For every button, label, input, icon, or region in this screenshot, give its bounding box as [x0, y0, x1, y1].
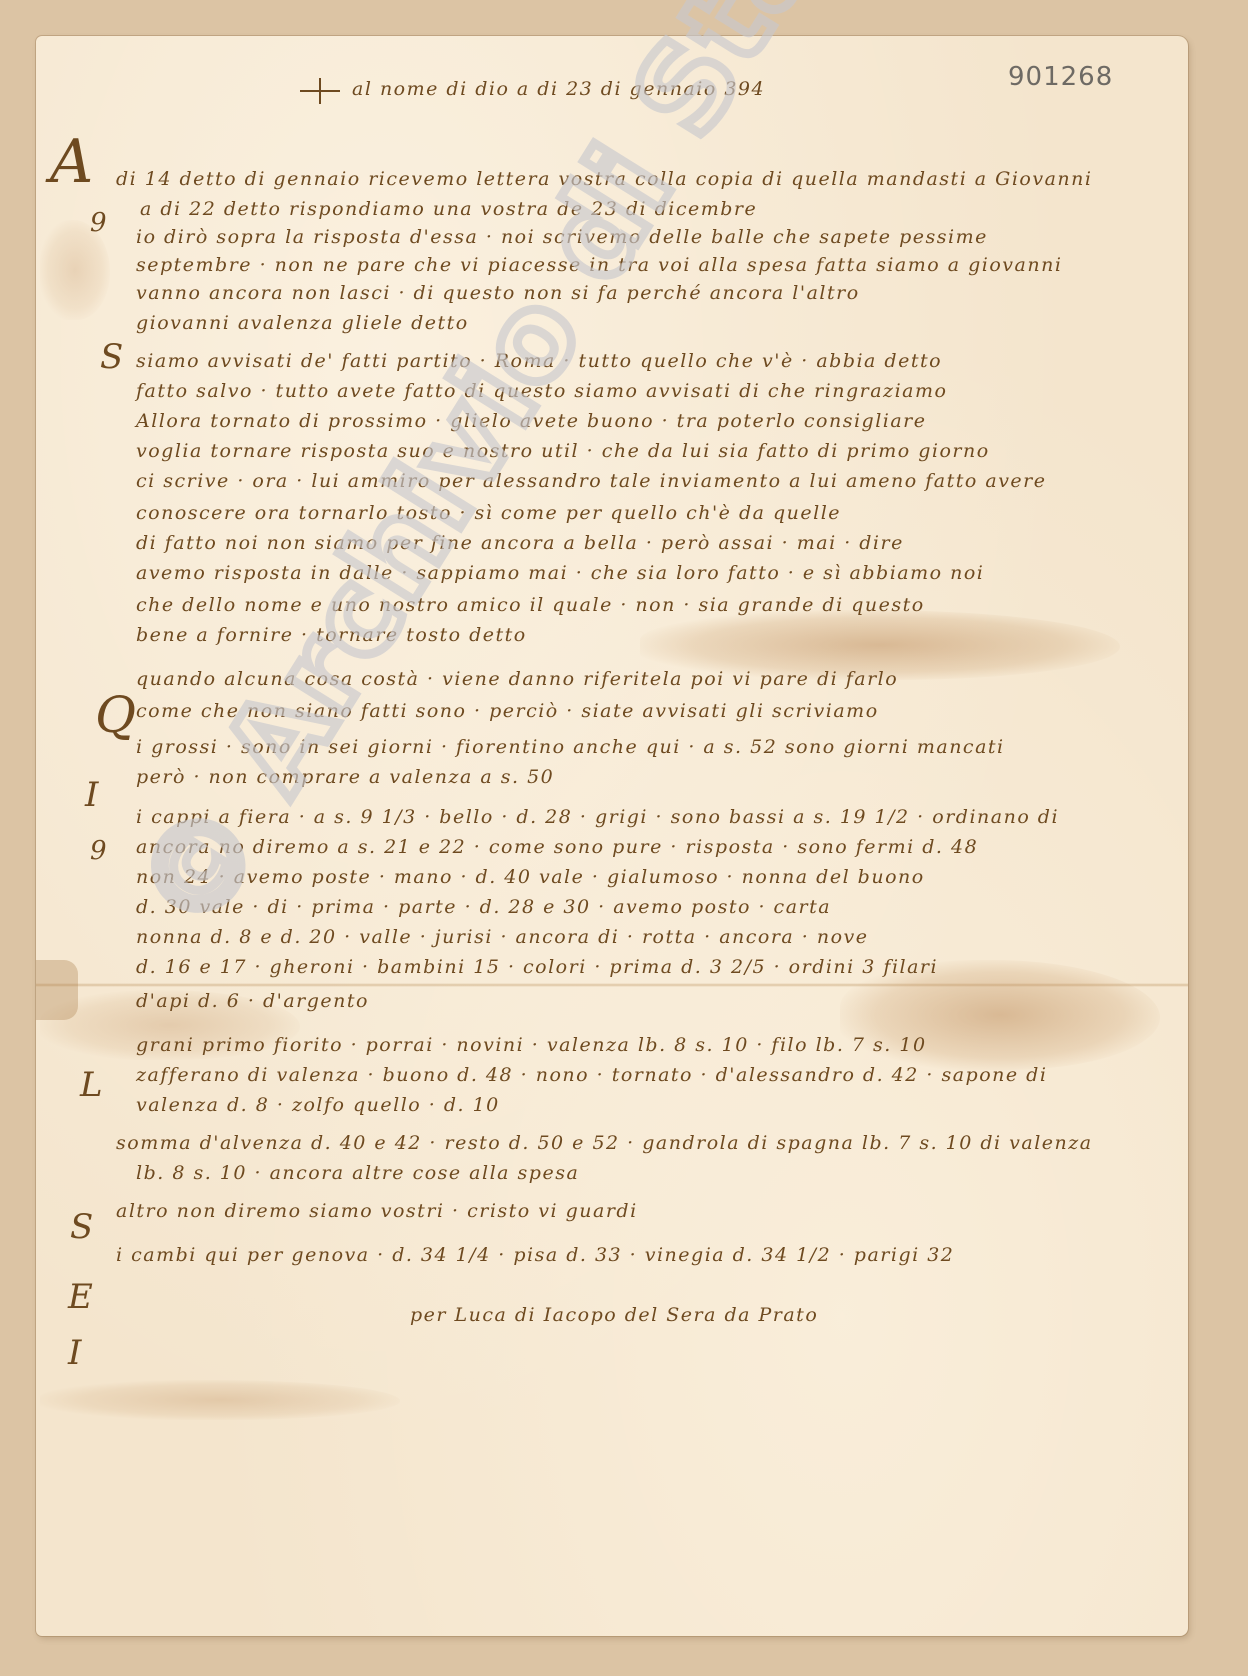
- text-line: grani primo fiorito · porrai · novini · …: [136, 1034, 927, 1056]
- text-line: vanno ancora non lasci · di questo non s…: [136, 282, 860, 304]
- text-line: però · non comprare a valenza a s. 50: [136, 766, 554, 788]
- text-line: quando alcuna cosa costà · viene danno r…: [136, 668, 898, 690]
- text-line: nonna d. 8 e d. 20 · valle · jurisi · an…: [136, 926, 869, 948]
- water-stain: [40, 1380, 400, 1420]
- text-line: avemo risposta in dalle · sappiamo mai ·…: [136, 562, 984, 584]
- text-line: ancora no diremo a s. 21 e 22 · come son…: [136, 836, 978, 858]
- initial-letter: I: [68, 1336, 81, 1370]
- text-line: somma d'alvenza d. 40 e 42 · resto d. 50…: [116, 1132, 1093, 1154]
- text-line: giovanni avalenza gliele detto: [136, 312, 469, 334]
- text-line: a di 22 detto rispondiamo una vostra de …: [140, 198, 757, 220]
- text-line: conoscere ora tornarlo tosto · sì come p…: [136, 502, 841, 524]
- invocation-line: al nome di dio a di 23 di gennaio 394: [352, 78, 765, 100]
- initial-letter: A: [50, 132, 93, 192]
- text-line: io dirò sopra la risposta d'essa · noi s…: [136, 226, 988, 248]
- text-line: fatto salvo · tutto avete fatto di quest…: [136, 380, 947, 402]
- text-line: ci scrive · ora · lui ammiro per alessan…: [136, 470, 1047, 492]
- text-line: i cappi a fiera · a s. 9 1/3 · bello · d…: [136, 806, 1059, 828]
- catalog-number: 901268: [1008, 62, 1113, 92]
- text-line: di 14 detto di gennaio ricevemo lettera …: [116, 168, 1092, 190]
- initial-letter: 9: [90, 210, 107, 236]
- text-line: valenza d. 8 · zolfo quello · d. 10: [136, 1094, 500, 1116]
- initial-letter: Q: [95, 690, 136, 740]
- text-line: d. 30 vale · di · prima · parte · d. 28 …: [136, 896, 831, 918]
- text-line: septembre · non ne pare che vi piacesse …: [136, 254, 1062, 276]
- text-line: zafferano di valenza · buono d. 48 · non…: [136, 1064, 1047, 1086]
- text-line: di fatto noi non siamo per fine ancora a…: [136, 532, 904, 554]
- text-line: Allora tornato di prossimo · glielo avet…: [136, 410, 927, 432]
- text-line: siamo avvisati de' fatti partito · Roma …: [136, 350, 942, 372]
- text-line: i grossi · sono in sei giorni · fiorenti…: [136, 736, 1005, 758]
- cross-icon: [300, 78, 340, 104]
- initial-letter: I: [85, 778, 98, 812]
- text-line: i cambi qui per genova · d. 34 1/4 · pis…: [116, 1244, 954, 1266]
- initial-letter: S: [70, 1210, 93, 1244]
- text-line: che dello nome e uno nostro amico il qua…: [136, 594, 925, 616]
- initial-letter: E: [68, 1280, 93, 1314]
- text-line: bene a fornire · tornare tosto detto: [136, 624, 527, 646]
- text-line: voglia tornare risposta suo e nostro uti…: [136, 440, 990, 462]
- initial-letter: S: [100, 340, 123, 374]
- text-line: altro non diremo siamo vostri · cristo v…: [116, 1200, 638, 1222]
- text-line: lb. 8 s. 10 · ancora altre cose alla spe…: [136, 1162, 579, 1184]
- text-line: non 24 · avemo poste · mano · d. 40 vale…: [136, 866, 925, 888]
- initial-letter: 9: [90, 838, 107, 864]
- text-line: d. 16 e 17 · gheroni · bambini 15 · colo…: [136, 956, 938, 978]
- text-line: d'api d. 6 · d'argento: [136, 990, 369, 1012]
- text-line: come che non siano fatti sono · perciò ·…: [136, 700, 879, 722]
- initial-letter: L: [80, 1068, 103, 1102]
- signature: per Luca di Iacopo del Sera da Prato: [410, 1304, 818, 1326]
